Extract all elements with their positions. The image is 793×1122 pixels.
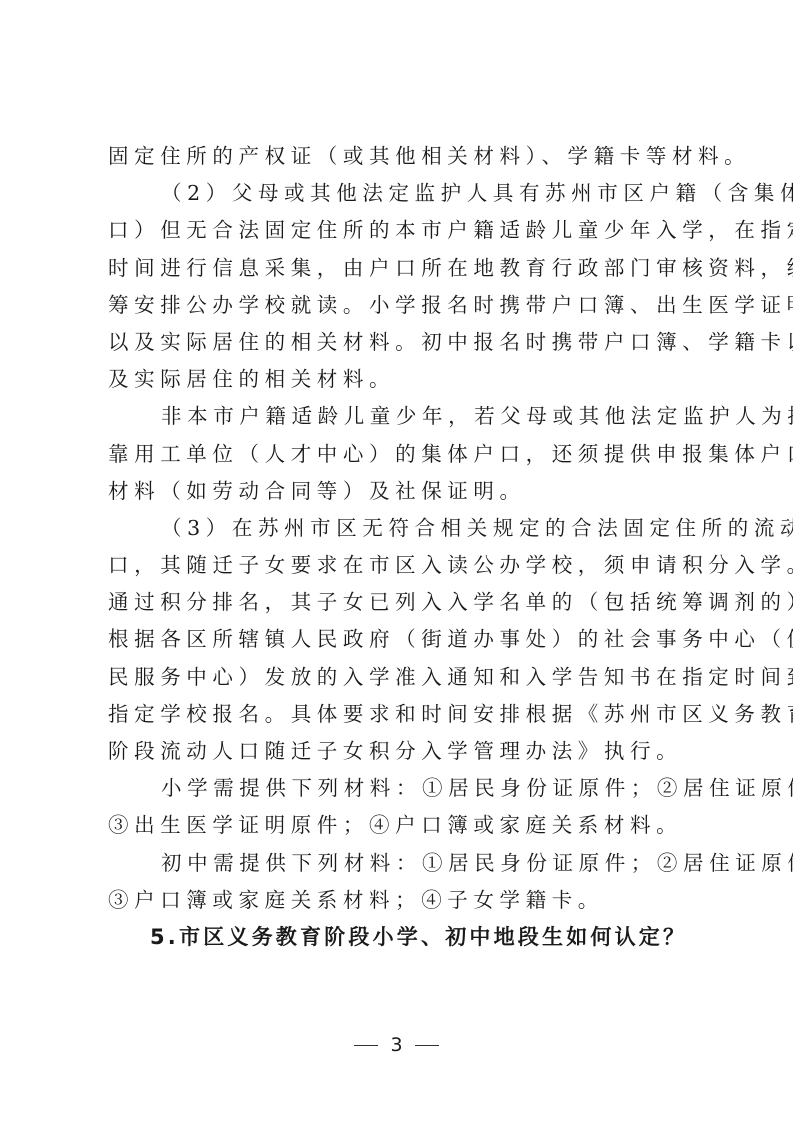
dash-left xyxy=(354,1045,378,1046)
text-line: 以及实际居住的相关材料。初中报名时携带户口簿、学籍卡以 xyxy=(108,324,700,361)
text-line: 通过积分排名，其子女已列入入学名单的（包括统筹调剂的）， xyxy=(108,584,700,621)
text-line: ③户口簿或家庭关系材料；④子女学籍卡。 xyxy=(108,882,700,919)
text-line: 根据各区所辖镇人民政府（街道办事处）的社会事务中心（便 xyxy=(108,621,700,658)
page-number: 3 xyxy=(390,1034,402,1056)
text-line: 固定住所的产权证（或其他相关材料）、学籍卡等材料。 xyxy=(108,138,700,175)
dash-right xyxy=(415,1045,439,1046)
text-line: 靠用工单位（人才中心）的集体户口，还须提供申报集体户口 xyxy=(108,436,700,473)
page-footer: 3 xyxy=(0,1034,793,1056)
junior-materials-list: 初中需提供下列材料：①居民身份证原件；②居住证原件； xyxy=(108,845,700,882)
text-line: ③出生医学证明原件；④户口簿或家庭关系材料。 xyxy=(108,807,700,844)
primary-materials-list: 小学需提供下列材料：①居民身份证原件；②居住证原件； xyxy=(108,770,700,807)
text-line: 阶段流动人口随迁子女积分入学管理办法》执行。 xyxy=(108,733,700,770)
paragraph-3-start: （3）在苏州市区无符合相关规定的合法固定住所的流动人 xyxy=(108,510,700,547)
paragraph-2-start: （2）父母或其他法定监护人具有苏州市区户籍（含集体户 xyxy=(108,175,700,212)
text-line: 民服务中心）发放的入学准入通知和入学告知书在指定时间到 xyxy=(108,659,700,696)
text-line: 口）但无合法固定住所的本市户籍适龄儿童少年入学，在指定 xyxy=(108,212,700,249)
section-heading: 5.市区义务教育阶段小学、初中地段生如何认定？ xyxy=(108,919,700,956)
text-line: 材料（如劳动合同等）及社保证明。 xyxy=(108,473,700,510)
text-line: 时间进行信息采集，由户口所在地教育行政部门审核资料，统 xyxy=(108,250,700,287)
text-line: 指定学校报名。具体要求和时间安排根据《苏州市区义务教育 xyxy=(108,696,700,733)
document-body: 固定住所的产权证（或其他相关材料）、学籍卡等材料。 （2）父母或其他法定监护人具… xyxy=(108,138,700,956)
text-line: 口，其随迁子女要求在市区入读公办学校，须申请积分入学。 xyxy=(108,547,700,584)
paragraph-non-local-start: 非本市户籍适龄儿童少年，若父母或其他法定监护人为挂 xyxy=(108,398,700,435)
text-line: 及实际居住的相关材料。 xyxy=(108,361,700,398)
text-line: 筹安排公办学校就读。小学报名时携带户口簿、出生医学证明 xyxy=(108,287,700,324)
